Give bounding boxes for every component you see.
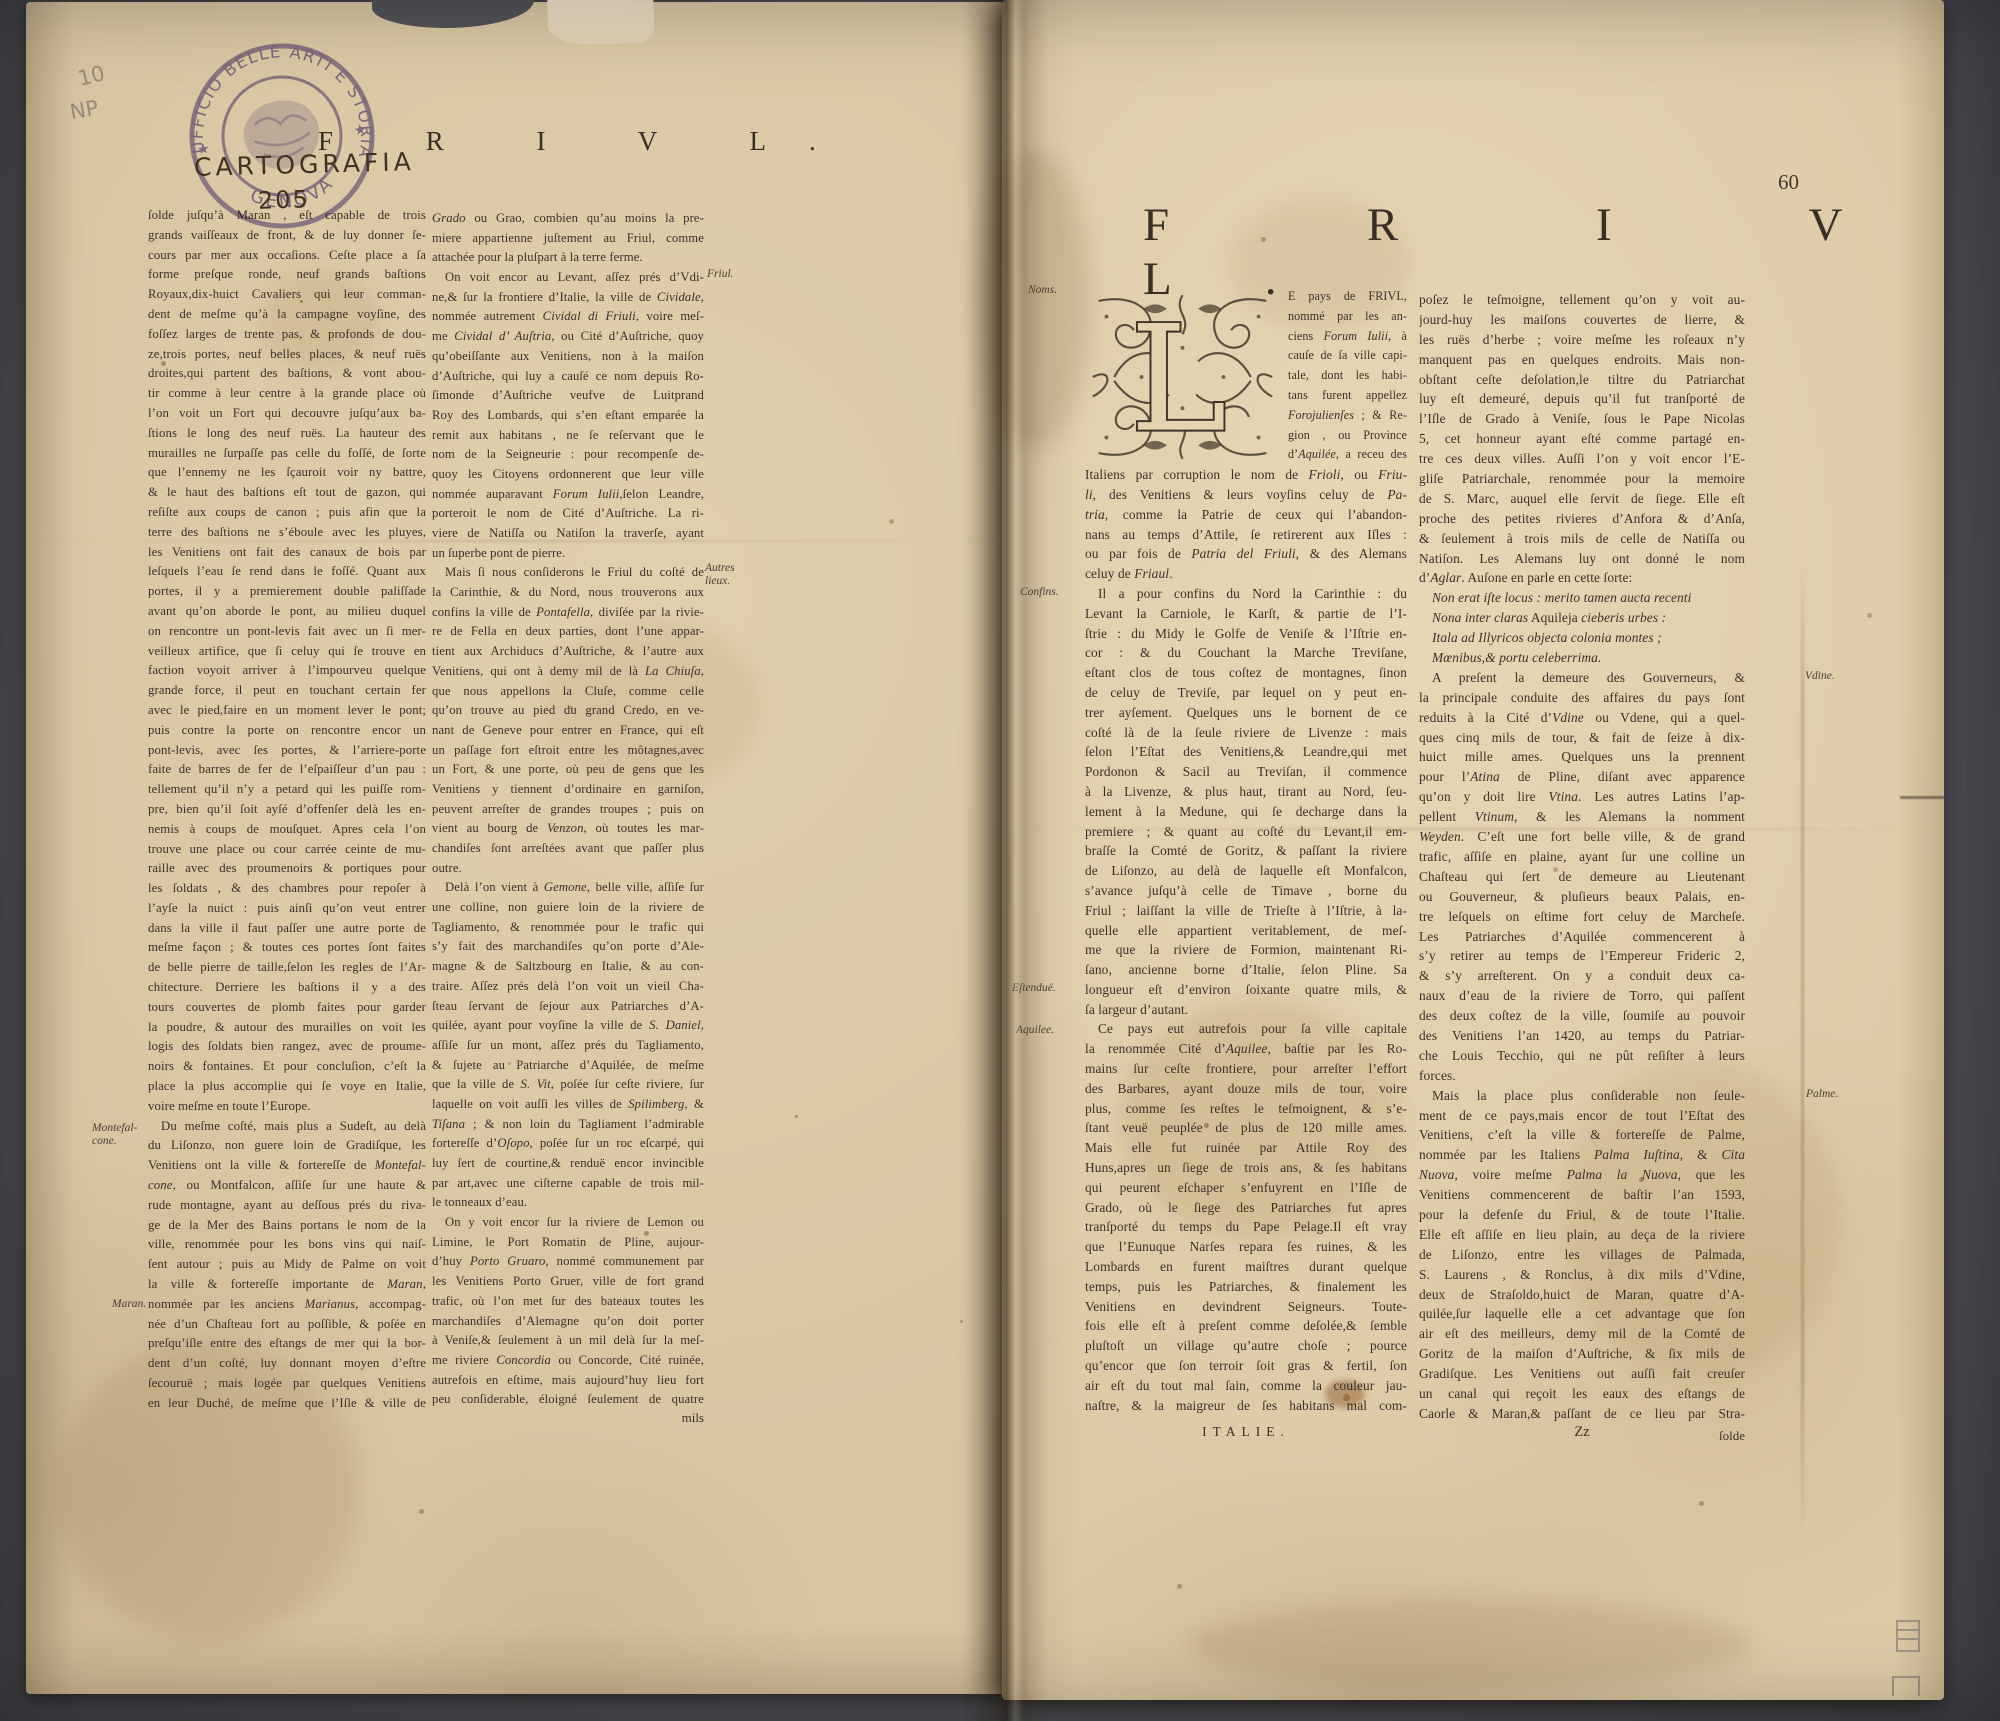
text-line: pluſtoſt un village qu’autre choſe ; pou… (1085, 1336, 1407, 1356)
text-line: les Venitiens ont fait des canaux de boi… (148, 543, 426, 563)
text-line: Goritz de la maiſon d’Auſtriche, & ſix m… (1419, 1344, 1745, 1364)
text-line: nommée par les Italiens Palma Iuſtina, &… (1419, 1145, 1745, 1165)
decorated-initial: L (1085, 289, 1280, 465)
text-line: foſſez larges de trente pas, & profonds … (148, 325, 426, 345)
text-line: li, des Venitiens & leurs voyſins celuy … (1085, 485, 1407, 505)
text-line: Roy des Lombards, qui s’en eſtant emparé… (432, 406, 704, 426)
text-line: gion , ou Province (1288, 426, 1407, 446)
text-line: ze,trois portes, neuf belles places, & n… (148, 345, 426, 365)
text-line: un paſſage fort eſtroit entre les môtagn… (432, 741, 704, 761)
text-line: Forojulienſes ; & Re- (1288, 406, 1407, 426)
text-line: coſté là de la ſeule riviere de Livenze … (1085, 723, 1407, 743)
text-line: que l’Eunuque Narſes repara ſes ruines, … (1085, 1237, 1407, 1257)
text-line: deux de Straſoldo,huict de Maran, quatre… (1419, 1285, 1745, 1305)
text-line: Non erat iſte locus : merito tamen aucta… (1419, 588, 1745, 608)
text-line: Nona inter claras Aquileja cieberis urbe… (1419, 608, 1745, 628)
text-line: trouve une place ou cour carrée ceinte d… (148, 840, 426, 860)
text-line: Elle eſt aſſiſe en lieu plain, au deça d… (1419, 1225, 1745, 1245)
text-line: traire. Aſſez prés delà l’on voit un vie… (432, 977, 704, 997)
text-line: Levant la Carniole, le Karſt, & partie d… (1085, 604, 1407, 624)
text-line: rude montagne, ayant au deſſous prés du … (148, 1196, 426, 1216)
text-line: dans la ville il faut paſſer une autre p… (148, 919, 426, 939)
text-line: confins la ville de Pontafella, diviſée … (432, 603, 704, 623)
text-line: ques cinq mils de tour, & fait de ſeize … (1419, 728, 1745, 748)
text-line: murailles ne ſurpaſſe pas celle du foſſé… (148, 444, 426, 464)
text-line: nommé par les an- (1288, 307, 1407, 327)
margin-note-estendue: Eſtenduë. (1012, 982, 1056, 995)
text-line: Itala ad Illyricos objecta colonia monte… (1419, 628, 1745, 648)
right-page-column-2: poſez le teſmoigne, tellement qu’on y vo… (1419, 290, 1745, 1424)
margin-note-palme: Palme. (1806, 1088, 1838, 1101)
text-line: Limine, le Port Romatin de Pline, aujour… (432, 1233, 704, 1253)
text-line: ſtant veuë peuplée de plus de 120 mille … (1085, 1118, 1407, 1138)
margin-note-maran: Maran. (112, 1298, 146, 1311)
text-line: faite de barres de fer de l’eſpaiſſeur d… (148, 760, 426, 780)
text-line: attachée pour la pluſpart à la terre fer… (432, 248, 704, 268)
text-line: la Carinthie, & du Nord, nous trouverons… (432, 583, 704, 603)
text-line: air eſt du tout mal ſain, comme la coule… (1085, 1376, 1407, 1396)
text-line: poſez le teſmoigne, tellement qu’on y vo… (1419, 290, 1745, 310)
text-line: l’Iſle de Grado à Veniſe, ſous le Pape N… (1419, 409, 1745, 429)
book-scan: 10 NP UFFICIO BELLE ARTI E STORIA GENOVA… (0, 0, 2000, 1721)
text-line: puis contre la porte on rencontre encor … (148, 721, 426, 741)
text-line: de belle pierre de taille,ſelon les regl… (148, 958, 426, 978)
text-line: pont-levis, avec ſes portes, & l’arriere… (148, 741, 426, 761)
running-foot-italie: ITALIE. (1085, 1424, 1407, 1440)
text-line: cor : & du Couchant la Marche Treviſane, (1085, 643, 1407, 663)
text-line: cours par mer aux occaſions. Ceſte place… (148, 246, 426, 266)
text-line: Royaux,dix-huict Cavaliers qui leur comm… (148, 285, 426, 305)
text-line: Gradiſque. Les Venitiens out auſſi fait … (1419, 1364, 1745, 1384)
text-line: gliſe Patriarchale, renommée pour la mem… (1419, 469, 1745, 489)
text-line: portes, il y a premierement double paliſ… (148, 582, 426, 602)
text-line: naux d’eau de la riviere de Torro, qui p… (1419, 986, 1745, 1006)
text-line: trer ayſement. Quelques uns le bornent d… (1085, 703, 1407, 723)
text-line: & s’y arreſterent. On y a conduit deux c… (1419, 966, 1745, 986)
text-line: des Venitiens l’an 1420, au temps du Pat… (1419, 1026, 1745, 1046)
text-line: preſqu’iſle entre des eſtangs de mer qui… (148, 1334, 426, 1354)
text-line: huict mille ames. Quelques uns la prenne… (1419, 747, 1745, 767)
text-line: luy ſert de courtine,& renduë encor invi… (432, 1154, 704, 1174)
text-line: miere appartienne juſtement au Friul, co… (432, 229, 704, 249)
text-line: Weyden. C’eſt une fort belle ville, & de… (1419, 827, 1745, 847)
text-line: qu’on y doit lire Vtina. Les autres Lati… (1419, 787, 1745, 807)
text-line: fortereſſe d’Oſopo, poſée ſur un roc eſc… (432, 1134, 704, 1154)
text-line: un ſuperbe pont de pierre. (432, 544, 704, 564)
text-line: faction voyoit arriver à l’impourveu que… (148, 661, 426, 681)
text-line: Huns,apres un ſiege de trois ans, & ſes … (1085, 1158, 1407, 1178)
text-line: nommée par les anciens Marianus, accompa… (148, 1295, 426, 1315)
text-line: peu conſiderable, éloigné ſeulement de q… (432, 1390, 704, 1410)
vertical-crease (1801, 560, 1804, 1540)
text-line: qui peurent eſchaper s’enfuyrent en l’Iſ… (1085, 1178, 1407, 1198)
text-line: Delà l’on vient à Gemone, belle ville, a… (432, 878, 704, 898)
text-line: des Barbares, ayant douze mils de tour, … (1085, 1079, 1407, 1099)
text-line: tre leſquels on eſtime fort celuy de Mar… (1419, 907, 1745, 927)
text-line: Grado, où le ſiege des Patriarches fut a… (1085, 1198, 1407, 1218)
text-line: pour la defenſe du Friul, & de toute l’I… (1419, 1205, 1745, 1225)
text-line: des deux coſtez de la ville, ſoumiſe au … (1419, 1006, 1745, 1026)
text-line: Grado ou Grao, combien qu’au moins la pr… (432, 209, 704, 229)
text-line: Mais elle fut ruinée par Attile Roy des (1085, 1138, 1407, 1158)
text-line: l’ayſe la nuict : puis ainſi qu’on veut … (148, 899, 426, 919)
pencil-annotation-10: 10 (75, 61, 107, 91)
text-line: nommée autrement Cividal di Friuli, voir… (432, 307, 704, 327)
text-line: Pordonon & Sacil au Treviſan, il commenc… (1085, 762, 1407, 782)
text-line: ſano, ancienne borne d’Italie, ſelon Pli… (1085, 960, 1407, 980)
handwritten-number: 205 (258, 185, 311, 215)
text-line: aſſiſe ſur un mont, aſſez prés du Taglia… (432, 1036, 704, 1056)
text-line: de Liſonzo, entre les villages de Palmad… (1419, 1245, 1745, 1265)
text-line: Les Patriarches d’Aquilée commencerent à (1419, 927, 1745, 947)
text-line: de S. Marc, auquel elle ſervit de ſiege.… (1419, 489, 1745, 509)
text-line: de Liſonzo, au delà de laquelle eſt Monf… (1085, 861, 1407, 881)
text-line: logis des ſoldats bien rangez, avec de p… (148, 1037, 426, 1057)
text-line: nant de Geneve pour entrer en France, qu… (432, 721, 704, 741)
left-page-column-2: Grado ou Grao, combien qu’au moins la pr… (432, 209, 704, 1410)
text-line: & ſujete au Patriarche d’Aquilée, de meſ… (432, 1056, 704, 1076)
text-line: laquelle on voit auſſi les villes de Spi… (432, 1095, 704, 1115)
margin-note-friul: Friul. (707, 268, 734, 281)
text-line: s’avance juſqu’à celle de Timave , borne… (1085, 881, 1407, 901)
pencil-mark-grid (1896, 1620, 1920, 1652)
text-line: On voit encor au Levant, aſſez prés d’Vd… (432, 268, 704, 288)
text-line: trafic, où l’on met ſur des bateaux tout… (432, 1292, 704, 1312)
text-line: premiere ; & quant au coſté du Levant,il… (1085, 822, 1407, 842)
margin-note-noms: Noms. (1028, 284, 1057, 297)
text-line: ſecouruë ; mais logée par quelques Venit… (148, 1374, 426, 1394)
text-line: de celuy de Treviſe, par lequel on y peu… (1085, 683, 1407, 703)
text-line: A preſent la demeure des Gouverneurs, & (1419, 668, 1745, 688)
text-line: Venitiens, c’eſt la ville & fortereſſe d… (1419, 1125, 1745, 1145)
text-line: Mais ſi nous conſiderons le Friul du coſ… (432, 563, 704, 583)
text-line: & le haut des baſtions eſt tout de gazon… (148, 483, 426, 503)
text-line: tre ces deux villes. Auſſi l’on y voit e… (1419, 449, 1745, 469)
text-line: nommée auparavant Forum Iulii,ſelon Lean… (432, 485, 704, 505)
text-line: reſiſte aux coups de canon ; puis afin q… (148, 503, 426, 523)
text-line: temps, puis les Patriarches, & finalemen… (1085, 1277, 1407, 1297)
text-line: jourd-huy les maiſons couvertes de lierr… (1419, 310, 1745, 330)
text-line: E pays de FRIVL, (1288, 287, 1407, 307)
text-line: ment de ce pays,mais encor de tout l’Eſt… (1419, 1106, 1745, 1126)
catchword-left: mils (604, 1410, 704, 1426)
text-line: dent d’un coſté, luy donnant moyen d’eſt… (148, 1354, 426, 1374)
text-line: Il a pour confins du Nord la Carinthie :… (1085, 584, 1407, 604)
text-line: eſtant clos de tous coſtez de montagnes,… (1085, 663, 1407, 683)
text-line: à Veniſe,& ſeulement à un mil delà ſur l… (432, 1331, 704, 1351)
text-line: me que la riviere de Formion, maintenant… (1085, 940, 1407, 960)
text-line: pour l’Atina de Pline, diſant avec appar… (1419, 767, 1745, 787)
text-line: porteroit le nom de Cité d’Auſtriche. La… (432, 504, 704, 524)
text-line: Caorle & Maran,& paſſant de ce lieu par … (1419, 1404, 1745, 1424)
text-line: d’Auſtriche, qui luy a cauſé ce nom depu… (432, 367, 704, 387)
text-line: avec le pied,faire en un moment lever le… (148, 701, 426, 721)
text-line: Ce pays eut autrefois pour ſa ville capi… (1085, 1019, 1407, 1039)
text-line: ſent autour ; puis au Midy de Palme on v… (148, 1255, 426, 1275)
text-line: Italiens par corruption le nom de Frioli… (1085, 465, 1407, 485)
text-line: quilée, ayant pour voyſine la ville de S… (432, 1016, 704, 1036)
text-line: ne,& ſur la frontiere d’Italie, la ville… (432, 288, 704, 308)
text-line: Mœnibus,& portu celeberrima. (1419, 648, 1745, 668)
text-line: nemis à coups de mouſquet. Apres cela l’… (148, 820, 426, 840)
text-line: peuvent arreſter de grandes troupes ; pu… (432, 800, 704, 820)
text-line: Venitiens, qui ont à demy mil de là La C… (432, 662, 704, 682)
text-line: raille avec des proumenoirs & portiques … (148, 859, 426, 879)
text-line: Tiſana ; & non loin du Tagliament l’admi… (432, 1115, 704, 1135)
text-line: qu’encor que ſon terroir ſoit gras & fer… (1085, 1356, 1407, 1376)
text-line: outre. (432, 859, 704, 879)
text-line: nans au temps d’Attile, ſe retirerent au… (1085, 525, 1407, 545)
text-line: Friul ; laiſſant la ville de Trieſte à l… (1085, 901, 1407, 921)
text-line: celuy de Friaul. (1085, 564, 1407, 584)
text-line: en leur Duché, de meſme que l’Iſle & vil… (148, 1394, 426, 1414)
margin-note-autres-lieux: Autres lieux. (705, 562, 751, 587)
text-line: me riviere Concordia ou Concorde, Cité r… (432, 1351, 704, 1371)
text-line: naſtre, & la maigreur de ſes habitans ma… (1085, 1396, 1407, 1416)
text-line: par art,avec une ciſterne capable de tro… (432, 1174, 704, 1194)
text-line: ou par fois de Patria del Friuli, & des … (1085, 544, 1407, 564)
text-line: dent de meſme qu’à la campagne voyſine, … (148, 305, 426, 325)
text-line: les Venitiens Porto Gruer, ville de fort… (432, 1272, 704, 1292)
text-line: la ville & fortereſſe importante de Mara… (148, 1275, 426, 1295)
text-line: avant qu’on aborde le pont, au milieu du… (148, 602, 426, 622)
text-line: lement à la Medune, qui ſe decharge dans… (1085, 802, 1407, 822)
text-line: luy eſt demeuré, depuis qu’il fut tranſp… (1419, 389, 1745, 409)
text-line: che Louis Tecchio, qui ne pût reſiſter à… (1419, 1046, 1745, 1066)
text-line: Tagliamento, & renommée pour le trafic q… (432, 918, 704, 938)
text-line: la principale conduite des affaires du p… (1419, 688, 1745, 708)
text-line: mains ſur ceſte frontiere, pour arreſter… (1085, 1059, 1407, 1079)
text-line: autrefois en eſtime, mais aujourd’huy li… (432, 1371, 704, 1391)
text-line: veilleux artifice, que ſi celuy qui ſe t… (148, 642, 426, 662)
text-line: tellement qu’il n’y a petard qui les pui… (148, 780, 426, 800)
text-line: le tonneaux d’eau. (432, 1193, 704, 1213)
margin-note-confins: Confins. (1020, 586, 1059, 599)
margin-note-montefalcone: Montefal- cone. (92, 1122, 152, 1147)
text-line: tans furent appellez (1288, 386, 1407, 406)
text-line: Venitiens ont la ville & fortereſſe de M… (148, 1156, 426, 1176)
text-line: les ruës d’herbe ; voire meſme les roſea… (1419, 330, 1745, 350)
text-line: un canal qui reçoit les eaux des eſtangs… (1419, 1384, 1745, 1404)
text-line: que la ville de S. Vit, poſée ſur ceſte … (432, 1075, 704, 1095)
page-number: 60 (1778, 170, 1799, 195)
text-line: que l’ennemy ne les ſçauroit voir ny bat… (148, 463, 426, 483)
text-line: fois elle eſt à preſent comme deſolée,& … (1085, 1316, 1407, 1336)
text-line: noirs & fontaines. Et pour concluſion, c… (148, 1057, 426, 1077)
text-line: leſquels l’eau ſe rend dans le foſſé. Qu… (148, 562, 426, 582)
handwritten-cartografia: CARTOGRAFIA (194, 147, 415, 182)
text-line: tria, comme la Patrie de ceux qui l’aban… (1085, 505, 1407, 525)
text-line: place la plus accomplie qui ſe voye en I… (148, 1077, 426, 1097)
text-line: Du meſme coſté, mais plus a Sudeſt, au d… (148, 1117, 426, 1137)
pencil-mark-bracket (1892, 1676, 1920, 1696)
text-line: air eſt des meilleurs, demy mil de la Co… (1419, 1324, 1745, 1344)
text-line: longueur eſt d’environ ſoixante quatre m… (1085, 980, 1407, 1000)
text-line: d’Aquilée, a receu des (1288, 445, 1407, 465)
text-line: ſa largeur d’autant. (1085, 1000, 1407, 1020)
text-line: Lombards en furent maiſtres durant quelq… (1085, 1257, 1407, 1277)
text-line: du Liſonzo, non guere loin de Gradiſque,… (148, 1136, 426, 1156)
text-line: ſtions le long des neuf ruës. La hauteur… (148, 424, 426, 444)
text-line: droites,qui partent des baſtions, & vont… (148, 364, 426, 384)
text-line: l’on voit un Fort qui decouvre juſqu’aux… (148, 404, 426, 424)
text-line: à la Livenze, & plus haut, tirant au Nor… (1085, 782, 1407, 802)
left-page-column-1: ſolde juſqu’à Maran , eſt capable de tro… (148, 206, 426, 1414)
text-line: Natiſon. Les Alemans luy ont donné le no… (1419, 549, 1745, 569)
text-line: chitecture. Derriere les baſtions il y a… (148, 978, 426, 998)
catchword-right: ſolde (1645, 1428, 1745, 1444)
text-line: & ſeulement à trois mils de celle de Nat… (1419, 529, 1745, 549)
text-line: forces. (1419, 1066, 1745, 1086)
text-line: quoy les Citoyens ordonnerent que leur v… (432, 465, 704, 485)
text-line: s’y fait des marchandiſes qu’on porte d’… (432, 937, 704, 957)
pencil-annotation-np: NP (68, 96, 100, 125)
text-line: tranſporté du temps du Pape Pelage.Il eſ… (1085, 1217, 1407, 1237)
text-line: d’huy Porto Gruaro, nommé communement pa… (432, 1252, 704, 1272)
text-line: Nuova, voire meſme Palma la Nuova, que l… (1419, 1165, 1745, 1185)
text-line: d’Aglar. Auſone en parle en cette ſorte: (1419, 568, 1745, 588)
text-line: S. Laurens , & Ronclus, à dix mils d’Vdi… (1419, 1265, 1745, 1285)
text-line: proche des petites rivieres d’Anfora & d… (1419, 509, 1745, 529)
text-line: remit aux habitans , ne ſe reſervant que… (432, 426, 704, 446)
text-line: tours couvertes de plomb faites pour gar… (148, 998, 426, 1018)
text-line: magne & de Saltzbourg en Italie, & au co… (432, 957, 704, 977)
text-line: les ſoldats , & des chambres pour repoſe… (148, 879, 426, 899)
text-line: ſelon l’Eſtat des Venitiens,& Leandre,qu… (1085, 742, 1407, 762)
text-line: qu’obeiſſante aux Venitiens, non à la ma… (432, 347, 704, 367)
text-line: cauſe de ſa ville capi- (1288, 346, 1407, 366)
horizontal-crease (1010, 828, 1940, 830)
text-line: nom de la Seigneurie : pour recompenſe d… (432, 445, 704, 465)
text-line: trafic, aſſiſe en plaine, ayant ſur une … (1419, 847, 1745, 867)
text-line: pellent Vtinum, & les Alemans la nomment (1419, 807, 1745, 827)
text-line: me Cividal d’ Auſtria, ou Cité d’Auſtric… (432, 327, 704, 347)
text-line: la renommée Cité d’Aquilee, baſtie par l… (1085, 1039, 1407, 1059)
text-line: ſimonde d’Auſtriche veufve de Luitprand (432, 386, 704, 406)
text-line: tale, dont les habi- (1288, 366, 1407, 386)
text-line: tir comme à leur centre à la grande plac… (148, 384, 426, 404)
drop-cap-letter: L (1130, 295, 1227, 465)
text-line: Venitiens commencerent de baſtir l’an 15… (1419, 1185, 1745, 1205)
text-line: obſtant ceſte deſolation,le tiltre du Pa… (1419, 370, 1745, 390)
text-line: re de Fella en deux parties, dont l’une … (432, 622, 704, 642)
text-line: quilée,ſur laquelle elle a cet advantage… (1419, 1304, 1745, 1324)
text-line: reduits à la Cité d’Vdine ou Vdene, qui … (1419, 708, 1745, 728)
edge-tear (1900, 796, 1944, 799)
text-line: née d’un Chaſteau fort au poſſible, & po… (148, 1315, 426, 1335)
text-line: pre, bien qu’il ſoit ayſé d’offenſer del… (148, 800, 426, 820)
text-line: Venitiens y tiennent d’ordinaire en garn… (432, 780, 704, 800)
text-line: Mais la place plus conſiderable non ſeul… (1419, 1086, 1745, 1106)
text-line: 5, cet honneur ayant eſté comme partagé … (1419, 429, 1745, 449)
margin-note-aquilee: Aquilee. (1016, 1024, 1054, 1037)
text-line: un Fort, & une porte, où peu de gens que… (432, 760, 704, 780)
stamp-star-right: ★ (353, 123, 367, 139)
text-line: manquent pas en quelques endroits. Mais … (1419, 350, 1745, 370)
text-line: ſtrie : du Midy le Golfe de Veniſe & l’I… (1085, 624, 1407, 644)
text-line: quelle elle appartient veritablement, de… (1085, 921, 1407, 941)
text-line: on rencontre un pont-levis fait avec un … (148, 622, 426, 642)
text-line: Venitiens en devindrent Seigneurs. Toute… (1085, 1297, 1407, 1317)
text-line: s’y retirer au temps de l’Empereur Fride… (1419, 946, 1745, 966)
text-line: forme preſque ronde, neuf grands baſtion… (148, 265, 426, 285)
horizontal-crease (30, 540, 1000, 542)
text-line: tient aux Archiducs d’Auſtriche, & l’aut… (432, 642, 704, 662)
text-line: vient au bourg de Venzon, où toutes les … (432, 819, 704, 839)
text-line: marchandiſes d’Alemagne qu’on doit porte… (432, 1312, 704, 1332)
text-line: braſſe la Comté de Goritz, & paſſant la … (1085, 841, 1407, 861)
text-line: Chaſteau qui ſert de demeure au Lieutena… (1419, 867, 1745, 887)
text-line: cone, ou Montfalcon, aſſiſe ſur une haut… (148, 1176, 426, 1196)
text-line: ge de la Mer des Bains portans le nom de… (148, 1216, 426, 1236)
text-line: que nous appellons la Cluſe, comme celle (432, 682, 704, 702)
text-line: une colline, non guiere loin de la rivie… (432, 898, 704, 918)
margin-note-vdine: Vdine. (1805, 670, 1835, 683)
right-page-column-1: L E pays de FRIVL,nommé par les an-ciens… (1085, 287, 1407, 1415)
text-line: ſteau ſervant de ſejour aux Patriarches … (432, 997, 704, 1017)
paper-sliver (547, 0, 655, 46)
text-line: qu’on trouve au pied du grand Credo, en … (432, 701, 704, 721)
text-line: grande force, il peut en touchant certai… (148, 681, 426, 701)
text-line: voire meſme en toute l’Europe. (148, 1097, 426, 1117)
text-line: On y voit encor ſur la riviere de Lemon … (432, 1213, 704, 1233)
text-line: meſme façon ; & toutes ces portes ſont f… (148, 938, 426, 958)
text-line: ville, renommée pour les bons vins qui n… (148, 1235, 426, 1255)
text-line: la poudre, & autour des murailles on voi… (148, 1018, 426, 1038)
text-line: chandiſes ſont arreſtées avant que paſſe… (432, 839, 704, 859)
text-line: ciens Forum Iulii, à (1288, 327, 1407, 347)
text-line: ou Gouverneur, & pluſieurs beaux Palais,… (1419, 887, 1745, 907)
text-line: plus, comme ſes reſtes le teſmoignent, &… (1085, 1099, 1407, 1119)
